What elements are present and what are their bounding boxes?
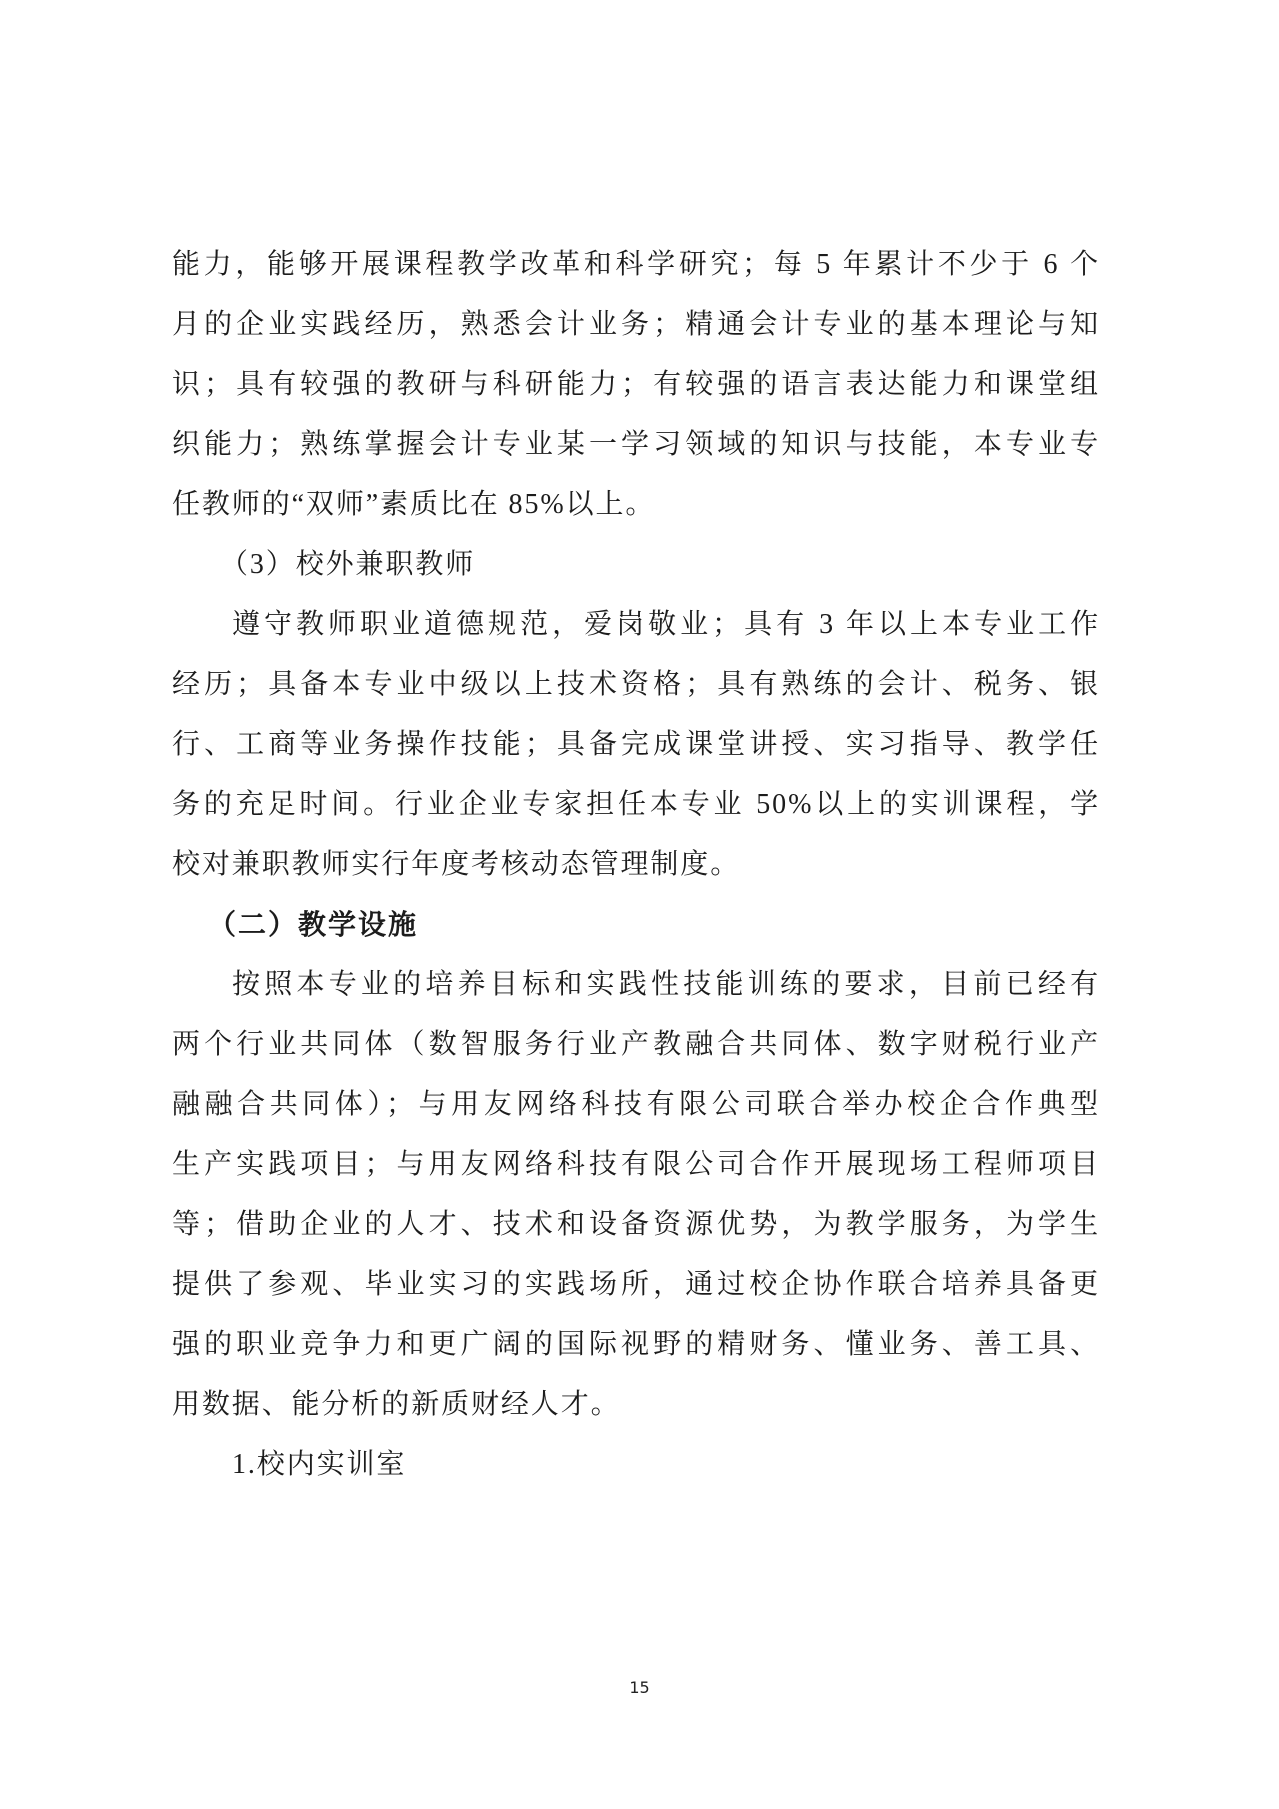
section-heading-part-time-teachers: （3）校外兼职教师 bbox=[172, 535, 1100, 595]
document-body: 能力，能够开展课程教学改革和科学研究；每 5 年累计不少于 6 个 月的企业实践… bbox=[172, 235, 1100, 1495]
page-number: 15 bbox=[0, 1678, 1279, 1697]
paragraph-line: 行、工商等业务操作技能；具备完成课堂讲授、实习指导、教学任 bbox=[172, 715, 1100, 775]
paragraph-line: 任教师的“双师”素质比在 85%以上。 bbox=[172, 475, 1100, 535]
paragraph-line: 务的充足时间。行业企业专家担任本专业 50%以上的实训课程，学 bbox=[172, 775, 1100, 835]
paragraph-line: 融融合共同体）；与用友网络科技有限公司联合举办校企合作典型 bbox=[172, 1075, 1100, 1135]
document-page: 能力，能够开展课程教学改革和科学研究；每 5 年累计不少于 6 个 月的企业实践… bbox=[0, 0, 1279, 1809]
paragraph-line: 识；具有较强的教研与科研能力；有较强的语言表达能力和课堂组 bbox=[172, 355, 1100, 415]
paragraph-line: 生产实践项目；与用友网络科技有限公司合作开展现场工程师项目 bbox=[172, 1135, 1100, 1195]
paragraph-line: 经历；具备本专业中级以上技术资格；具有熟练的会计、税务、银 bbox=[172, 655, 1100, 715]
paragraph-line: 织能力；熟练掌握会计专业某一学习领域的知识与技能，本专业专 bbox=[172, 415, 1100, 475]
paragraph-line: 能力，能够开展课程教学改革和科学研究；每 5 年累计不少于 6 个 bbox=[172, 235, 1100, 295]
paragraph-line: 提供了参观、毕业实习的实践场所，通过校企协作联合培养具备更 bbox=[172, 1255, 1100, 1315]
paragraph-line: 校对兼职教师实行年度考核动态管理制度。 bbox=[172, 835, 1100, 895]
paragraph-line: 按照本专业的培养目标和实践性技能训练的要求，目前已经有 bbox=[172, 955, 1100, 1015]
section-heading-teaching-facilities: （二）教学设施 bbox=[172, 895, 1100, 955]
subsection-heading-campus-training-rooms: 1.校内实训室 bbox=[172, 1435, 1100, 1495]
paragraph-line: 等；借助企业的人才、技术和设备资源优势，为教学服务，为学生 bbox=[172, 1195, 1100, 1255]
paragraph-line: 月的企业实践经历，熟悉会计业务；精通会计专业的基本理论与知 bbox=[172, 295, 1100, 355]
paragraph-line: 遵守教师职业道德规范，爱岗敬业；具有 3 年以上本专业工作 bbox=[172, 595, 1100, 655]
paragraph-line: 强的职业竞争力和更广阔的国际视野的精财务、懂业务、善工具、 bbox=[172, 1315, 1100, 1375]
paragraph-line: 用数据、能分析的新质财经人才。 bbox=[172, 1375, 1100, 1435]
paragraph-line: 两个行业共同体（数智服务行业产教融合共同体、数字财税行业产 bbox=[172, 1015, 1100, 1075]
